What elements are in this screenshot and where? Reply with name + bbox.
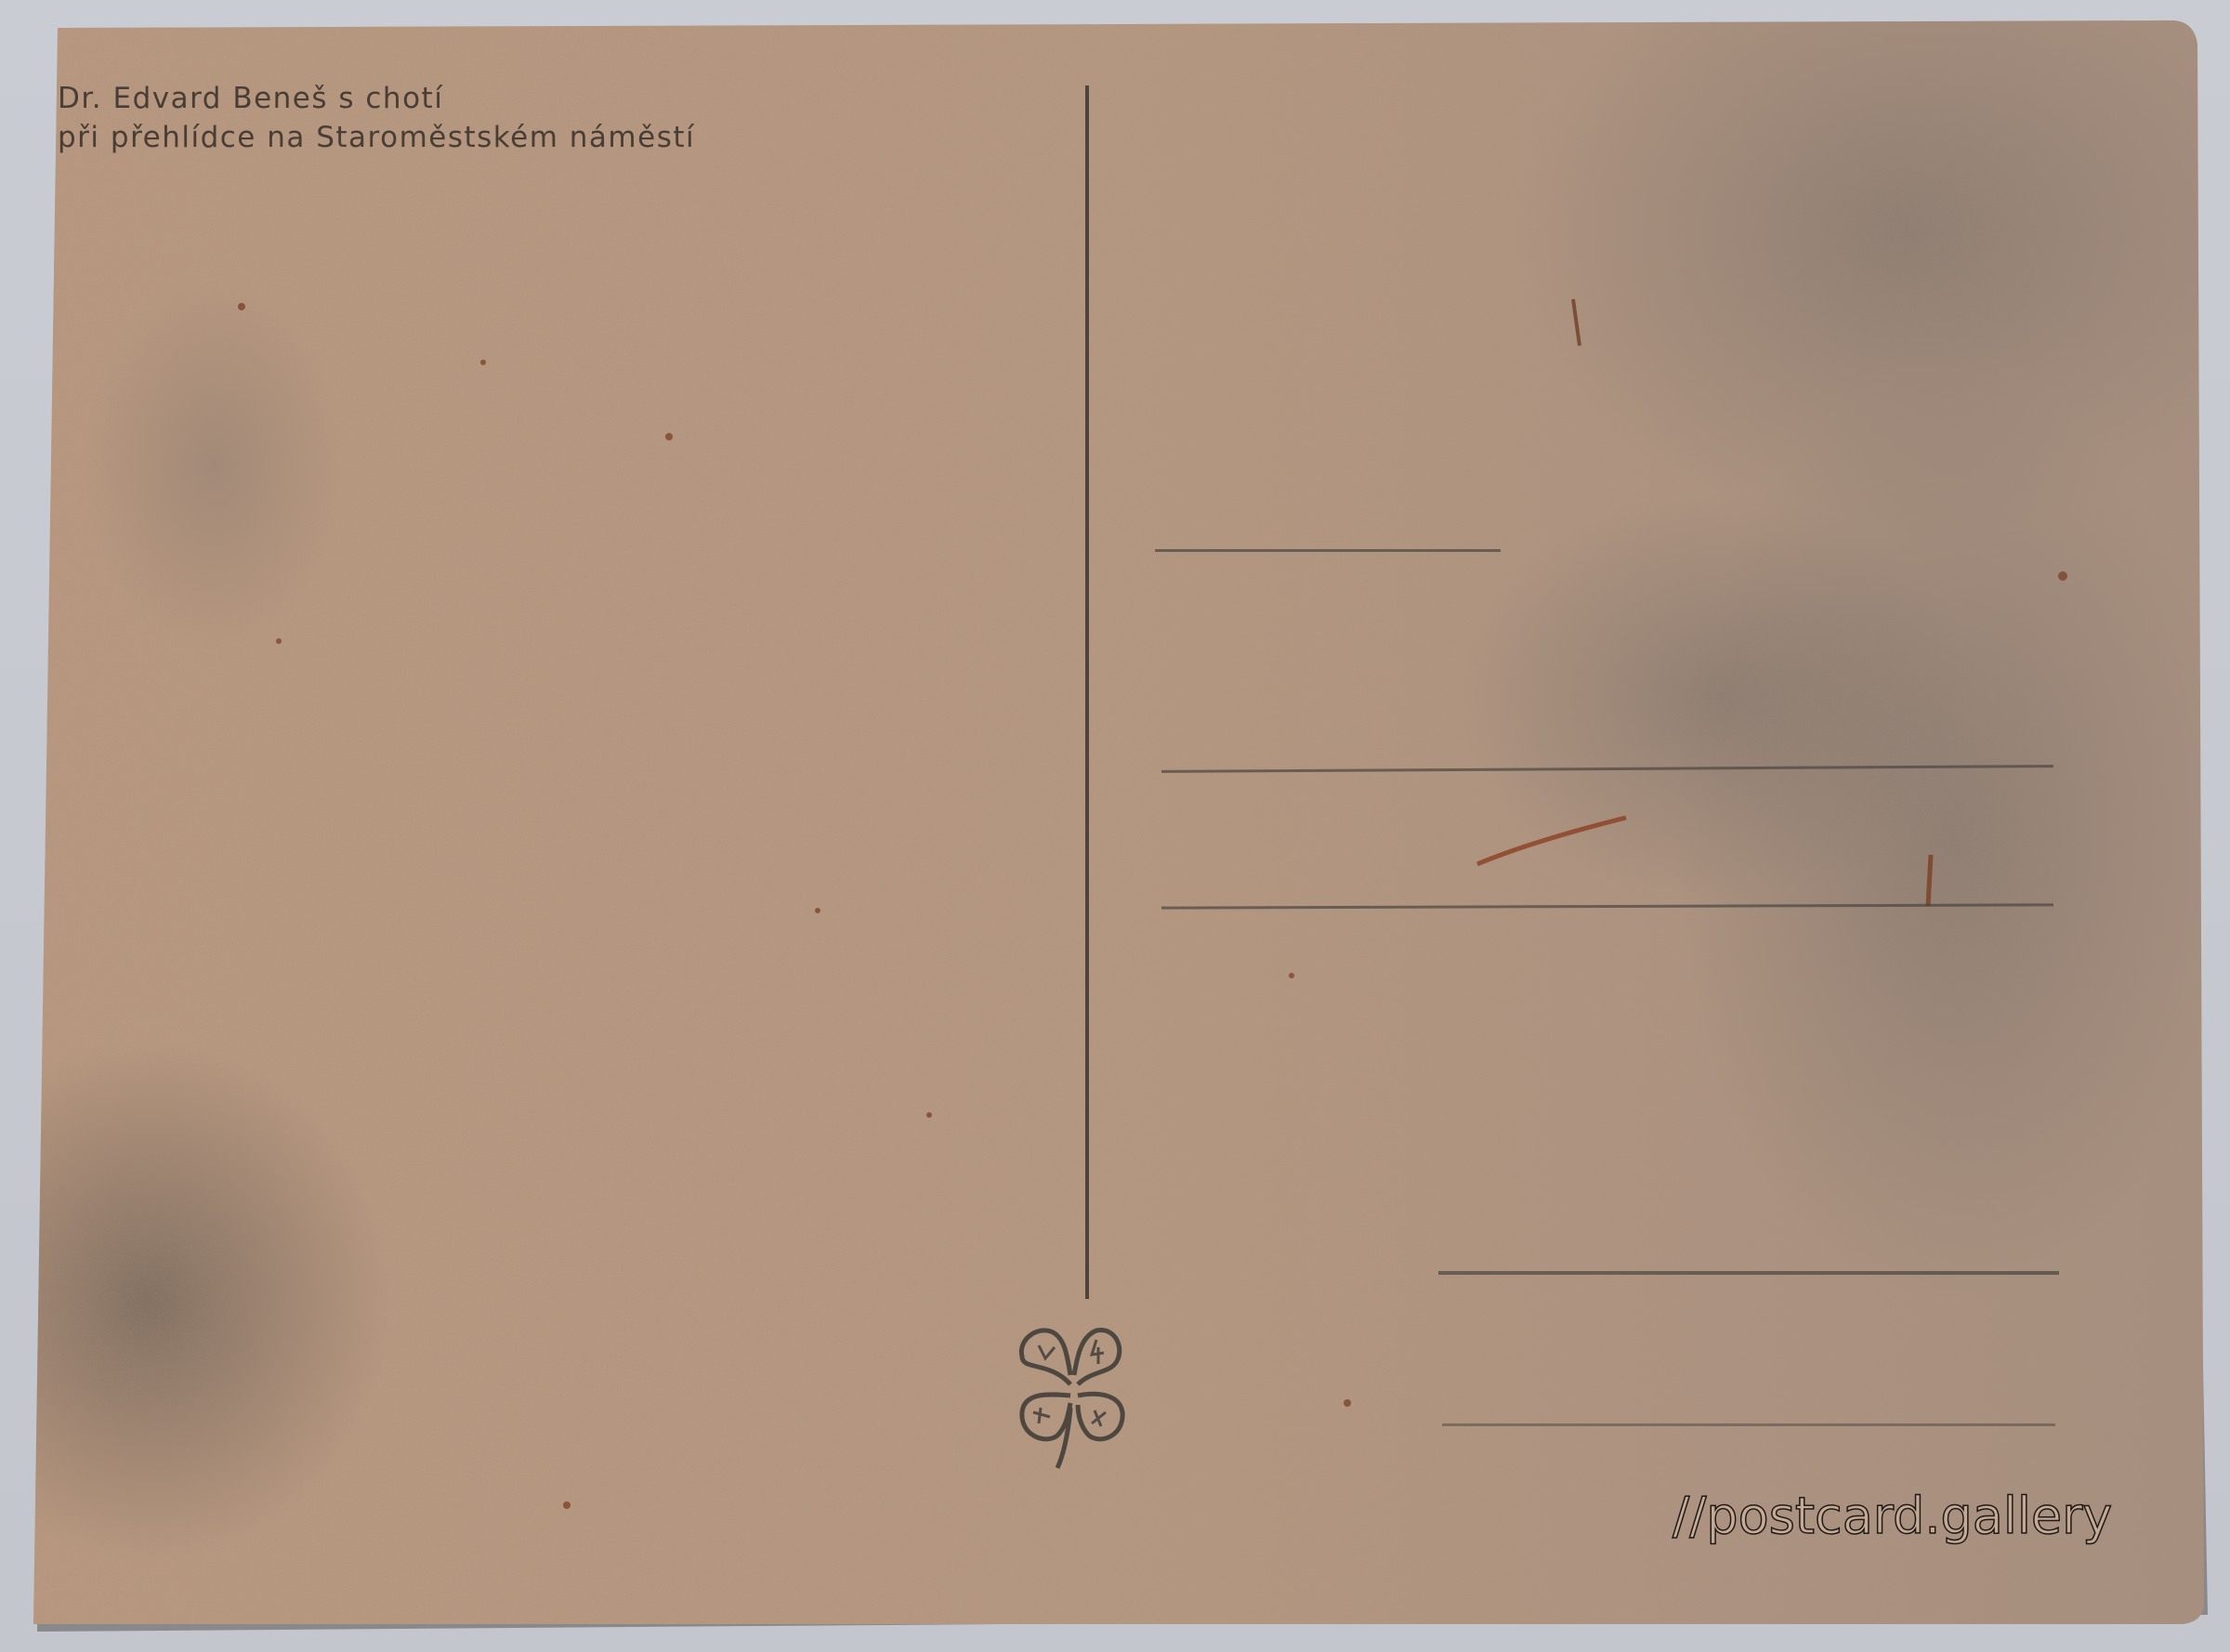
postcard-back: Dr. Edvard Beneš s chotí při přehlídce n… bbox=[0, 0, 2230, 1652]
message-address-divider bbox=[1085, 85, 1089, 1299]
four-leaf-clover-stamp-icon bbox=[1013, 1319, 1134, 1473]
address-line-1 bbox=[1155, 549, 1501, 552]
watermark-text: //postcard.gallery bbox=[1672, 1487, 2112, 1545]
caption-line-1: Dr. Edvard Beneš s chotí bbox=[58, 82, 443, 115]
address-line-4 bbox=[1438, 1271, 2059, 1275]
caption-line-2: při přehlídce na Staroměstském náměstí bbox=[58, 121, 695, 154]
address-line-5 bbox=[1442, 1423, 2055, 1426]
